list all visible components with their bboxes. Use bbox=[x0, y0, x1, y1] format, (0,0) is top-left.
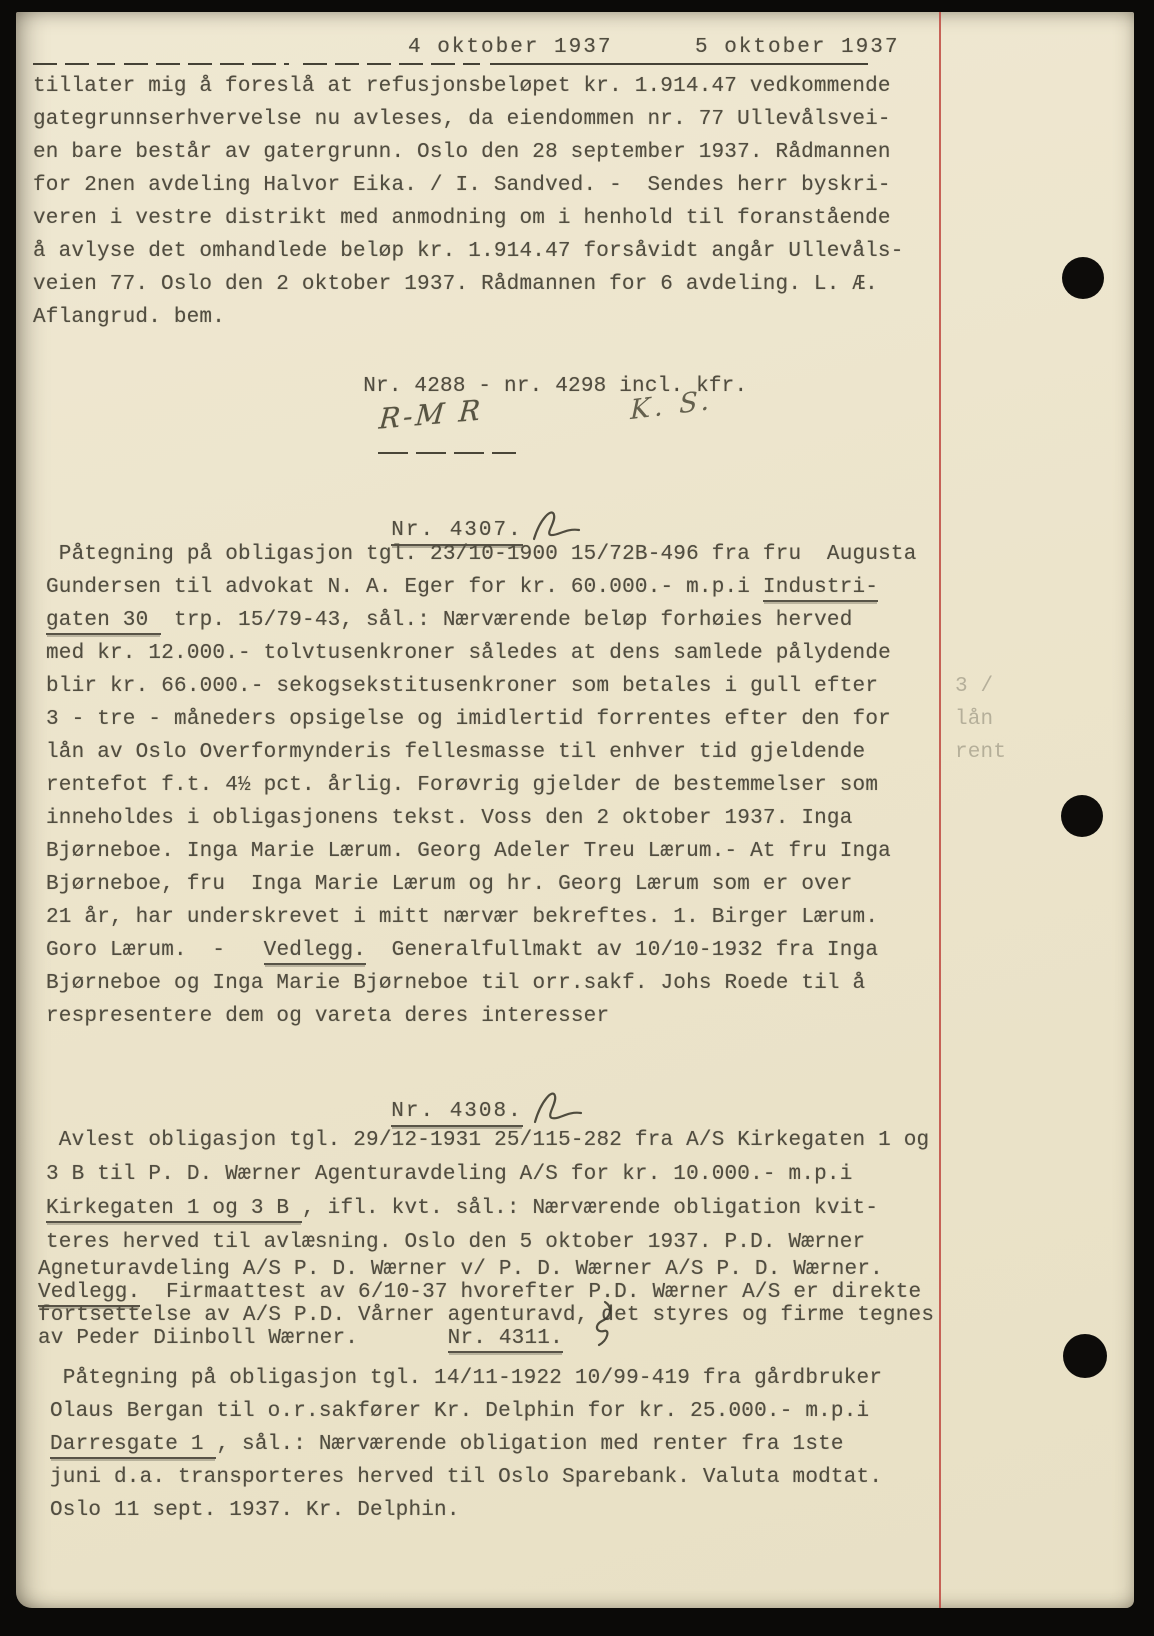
text-line: gategrunnserhvervelse nu avleses, da eie… bbox=[33, 103, 904, 136]
text-segment: 3 B til P. D. Wærner Agenturavdeling A/S… bbox=[46, 1163, 853, 1186]
text-segment: Nr. 4311. bbox=[448, 1327, 563, 1353]
date-right: 5 oktober 1937 bbox=[695, 36, 899, 59]
entry-4308-paragraph: Avlest obligasjon tgl. 29/12-1931 25/115… bbox=[46, 1124, 929, 1260]
text-line: rentefot f.t. 4½ pct. årlig. Forøvrig gj… bbox=[46, 769, 1006, 802]
text-segment: Olaus Bergan til o.r.sakfører Kr. Delphi… bbox=[50, 1400, 869, 1423]
header-rule-segment bbox=[33, 63, 115, 65]
text-line: Oslo 11 sept. 1937. Kr. Delphin. bbox=[50, 1494, 882, 1527]
text-segment: juni d.a. transporteres herved til Oslo … bbox=[50, 1466, 882, 1489]
entry-4307-paragraph: Påtegning på obligasjon tgl. 23/10-1900 … bbox=[46, 538, 1006, 1033]
text-segment: for 2nen avdeling Halvor Eika. / I. Sand… bbox=[33, 174, 891, 197]
text-line: 3 B til P. D. Wærner Agenturavdeling A/S… bbox=[46, 1158, 929, 1192]
handwritten-mark-icon bbox=[531, 1086, 585, 1128]
text-segment: Agneturavdeling A/S P. D. Wærner v/ P. D… bbox=[38, 1258, 883, 1281]
punch-hole bbox=[1062, 257, 1104, 299]
text-line: Olaus Bergan til o.r.sakfører Kr. Delphi… bbox=[50, 1395, 882, 1428]
text-segment: Påtegning på obligasjon tgl. 14/11-1922 … bbox=[50, 1367, 882, 1390]
text-line: for 2nen avdeling Halvor Eika. / I. Sand… bbox=[33, 169, 904, 202]
text-segment: gaten 30 bbox=[46, 609, 161, 635]
text-line: inneholdes i obligasjonens tekst. Voss d… bbox=[46, 802, 1006, 835]
text-segment: rent bbox=[865, 741, 1006, 764]
text-line: gaten 30 trp. 15/79-43, sål.: Nærværende… bbox=[46, 604, 1006, 637]
text-segment: 3 - tre - måneders opsigelse og imidlert… bbox=[46, 708, 891, 731]
text-segment: Gundersen til advokat N. A. Eger for kr.… bbox=[46, 576, 763, 599]
header-rule-segment bbox=[490, 63, 868, 65]
text-segment: Generalfullmakt av 10/10-1932 fra Inga bbox=[366, 939, 878, 962]
text-segment: Avlest obligasjon tgl. 29/12-1931 25/115… bbox=[46, 1129, 929, 1152]
text-segment: fortsettelse av A/S P.D. Vårner agentura… bbox=[38, 1304, 934, 1327]
text-segment: gategrunnserhvervelse nu avleses, da eie… bbox=[33, 108, 891, 131]
text-segment: Vedlegg. bbox=[264, 939, 366, 965]
text-line: Goro Lærum. - Vedlegg. Generalfullmakt a… bbox=[46, 934, 1006, 967]
text-line: teres herved til avlæsning. Oslo den 5 o… bbox=[46, 1226, 929, 1260]
text-line: 3 - tre - måneders opsigelse og imidlert… bbox=[46, 703, 1006, 736]
text-segment: Aflangrud. bem. bbox=[33, 306, 225, 329]
text-segment: en bare består av gatergrunn. Oslo den 2… bbox=[33, 141, 891, 164]
scan-background: 4 oktober 1937 5 oktober 1937 tillater m… bbox=[0, 0, 1154, 1636]
section-divider bbox=[378, 452, 516, 454]
text-segment: Oslo 11 sept. 1937. Kr. Delphin. bbox=[50, 1499, 460, 1522]
text-segment: veren i vestre distrikt med anmodning om… bbox=[33, 207, 891, 230]
text-segment: lån bbox=[891, 708, 993, 731]
handwritten-mark-icon bbox=[583, 1298, 623, 1348]
text-line: fortsettelse av A/S P.D. Vårner agentura… bbox=[38, 1304, 934, 1327]
handwritten-initials: R-M R bbox=[378, 393, 485, 435]
text-segment: , sål.: Nærværende obligation med renter… bbox=[216, 1433, 843, 1456]
text-segment: Påtegning på obligasjon tgl. 23/10-1900 … bbox=[46, 543, 917, 566]
text-segment: av Peder Diinboll Wærner. bbox=[38, 1327, 448, 1350]
header-rule-segment bbox=[124, 63, 289, 65]
text-segment: veien 77. Oslo den 2 oktober 1937. Rådma… bbox=[33, 273, 878, 296]
punch-hole bbox=[1063, 1334, 1107, 1378]
entry-title-4308: Nr. 4308. bbox=[33, 1086, 943, 1128]
text-segment: Bjørneboe. Inga Marie Lærum. Georg Adele… bbox=[46, 840, 891, 863]
text-segment: , ifl. kvt. sål.: Nærværende obligation … bbox=[302, 1197, 878, 1220]
entry-number: Nr. 4308. bbox=[391, 1100, 522, 1127]
text-segment: teres herved til avlæsning. Oslo den 5 o… bbox=[46, 1231, 865, 1254]
text-segment: tillater mig å foreslå at refusjonsbeløp… bbox=[33, 75, 891, 98]
text-segment: inneholdes i obligasjonens tekst. Voss d… bbox=[46, 807, 853, 830]
entry-4308-paragraph-continued: Agneturavdeling A/S P. D. Wærner v/ P. D… bbox=[38, 1258, 934, 1350]
text-segment: lån av Oslo Overformynderis fellesmasse … bbox=[46, 741, 865, 764]
text-segment: Kirkegaten 1 og 3 B bbox=[46, 1197, 302, 1223]
text-segment: Bjørneboe, fru Inga Marie Lærum og hr. G… bbox=[46, 873, 853, 896]
text-segment: blir kr. 66.000.- sekogsekstitusenkroner… bbox=[46, 675, 878, 698]
text-line: tillater mig å foreslå at refusjonsbeløp… bbox=[33, 70, 904, 103]
date-left: 4 oktober 1937 bbox=[408, 36, 612, 59]
text-line: av Peder Diinboll Wærner. Nr. 4311. bbox=[38, 1327, 934, 1350]
text-segment: Industri- bbox=[763, 576, 878, 602]
text-segment: 21 år, har underskrevet i mitt nærvær be… bbox=[46, 906, 878, 929]
text-line: å avlyse det omhandlede beløp kr. 1.914.… bbox=[33, 235, 904, 268]
text-line: Bjørneboe. Inga Marie Lærum. Georg Adele… bbox=[46, 835, 1006, 868]
text-segment: 3 / bbox=[878, 675, 993, 698]
text-line: Påtegning på obligasjon tgl. 23/10-1900 … bbox=[46, 538, 1006, 571]
header-rule-segment bbox=[303, 63, 480, 65]
text-line: Darresgate 1 , sål.: Nærværende obligati… bbox=[50, 1428, 882, 1461]
text-line: Gundersen til advokat N. A. Eger for kr.… bbox=[46, 571, 1006, 604]
punch-hole bbox=[1061, 795, 1103, 837]
text-segment: Goro Lærum. - bbox=[46, 939, 264, 962]
text-segment: Bjørneboe og Inga Marie Bjørneboe til or… bbox=[46, 972, 865, 995]
text-line: en bare består av gatergrunn. Oslo den 2… bbox=[33, 136, 904, 169]
text-segment: med kr. 12.000.- tolvtusenkroner således… bbox=[46, 642, 891, 665]
text-segment: trp. 15/79-43, sål.: Nærværende beløp fo… bbox=[161, 609, 852, 632]
intro-paragraph: tillater mig å foreslå at refusjonsbeløp… bbox=[33, 70, 904, 334]
text-line: 21 år, har underskrevet i mitt nærvær be… bbox=[46, 901, 1006, 934]
text-segment: respresentere dem og vareta deres intere… bbox=[46, 1005, 609, 1028]
text-line: lån av Oslo Overformynderis fellesmasse … bbox=[46, 736, 1006, 769]
text-line: veren i vestre distrikt med anmodning om… bbox=[33, 202, 904, 235]
entry-4311-paragraph: Påtegning på obligasjon tgl. 14/11-1922 … bbox=[50, 1362, 882, 1527]
text-segment: Darresgate 1 bbox=[50, 1433, 216, 1459]
text-segment: å avlyse det omhandlede beløp kr. 1.914.… bbox=[33, 240, 904, 263]
text-line: Vedlegg. Firmaattest av 6/10-37 hvorefte… bbox=[38, 1281, 934, 1304]
text-line: veien 77. Oslo den 2 oktober 1937. Rådma… bbox=[33, 268, 904, 301]
text-line: Kirkegaten 1 og 3 B , ifl. kvt. sål.: Næ… bbox=[46, 1192, 929, 1226]
text-segment: Firmaattest av 6/10-37 hvorefter P.D. Wæ… bbox=[140, 1281, 921, 1304]
text-line: med kr. 12.000.- tolvtusenkroner således… bbox=[46, 637, 1006, 670]
text-line: Bjørneboe, fru Inga Marie Lærum og hr. G… bbox=[46, 868, 1006, 901]
text-line: Avlest obligasjon tgl. 29/12-1931 25/115… bbox=[46, 1124, 929, 1158]
text-line: blir kr. 66.000.- sekogsekstitusenkroner… bbox=[46, 670, 1006, 703]
text-line: Aflangrud. bem. bbox=[33, 301, 904, 334]
text-line: juni d.a. transporteres herved til Oslo … bbox=[50, 1461, 882, 1494]
text-segment: rentefot f.t. 4½ pct. årlig. Forøvrig gj… bbox=[46, 774, 878, 797]
text-line: Påtegning på obligasjon tgl. 14/11-1922 … bbox=[50, 1362, 882, 1395]
text-line: Agneturavdeling A/S P. D. Wærner v/ P. D… bbox=[38, 1258, 934, 1281]
text-line: respresentere dem og vareta deres intere… bbox=[46, 1000, 1006, 1033]
text-line: Bjørneboe og Inga Marie Bjørneboe til or… bbox=[46, 967, 1006, 1000]
